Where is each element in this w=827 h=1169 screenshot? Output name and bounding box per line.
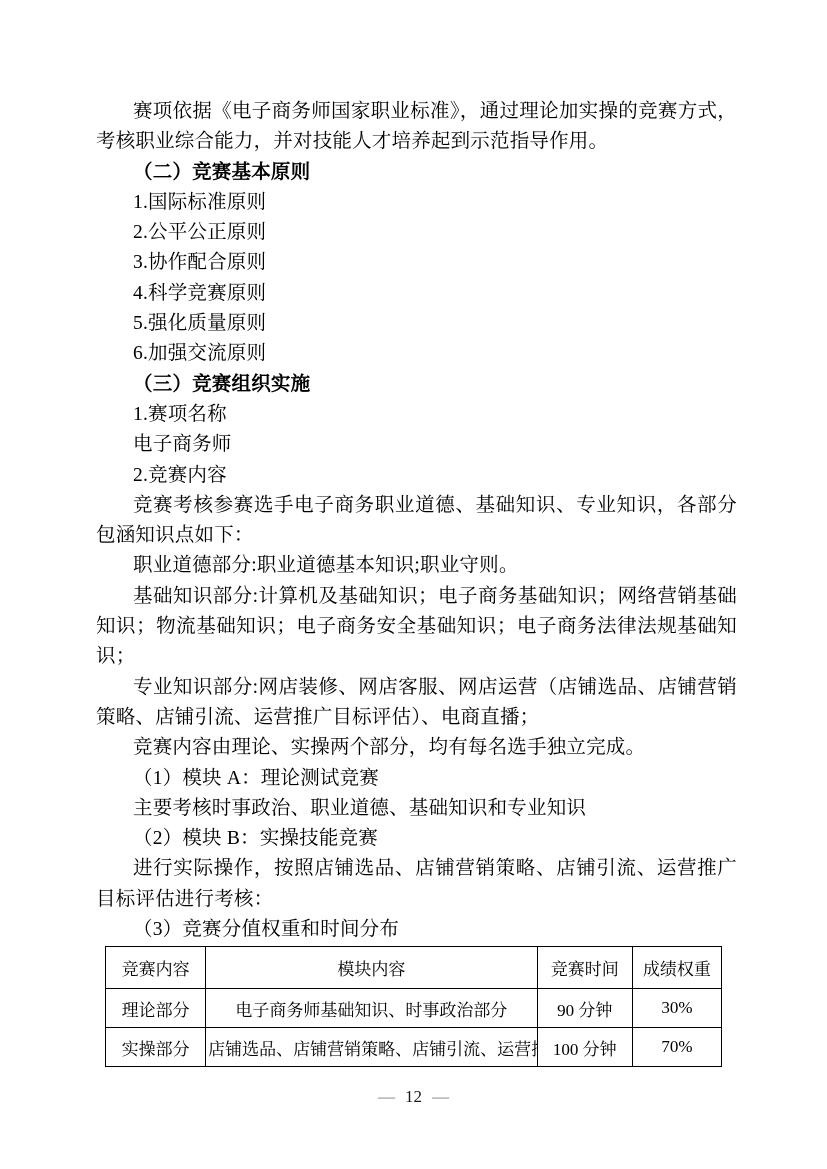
document-body: 赛项依据《电子商务师国家职业标准》，通过理论加实操的竞赛方式，考核职业综合能力，…: [96, 97, 737, 945]
table-cell: 100 分钟: [537, 1028, 632, 1067]
table-row: 实操部分店铺选品、店铺营销策略、店铺引流、运营推广100 分钟70%: [106, 1028, 722, 1067]
text-line: 1.国际标准原则: [96, 188, 737, 218]
section-heading: （三）竞赛组织实施: [96, 370, 737, 400]
text-line: 2.竞赛内容: [96, 461, 737, 491]
text-line: 专业知识部分:网店装修、网店客服、网店运营（店铺选品、店铺营销: [96, 673, 737, 703]
table-cell: 理论部分: [106, 989, 206, 1028]
table-cell: 70%: [632, 1028, 721, 1067]
text-line: 6.加强交流原则: [96, 339, 737, 369]
footer-dash-right: —: [432, 1087, 449, 1106]
table-header-cell: 成绩权重: [632, 947, 721, 989]
text-line: （1）模块 A：理论测试竞赛: [96, 764, 737, 794]
text-line: 竞赛考核参赛选手电子商务职业道德、基础知识、专业知识，各部分: [96, 491, 737, 521]
table-header-cell: 竞赛内容: [106, 947, 206, 989]
footer-dash-left: —: [378, 1087, 395, 1106]
text-line: 基础知识部分:计算机及基础知识；电子商务基础知识；网络营销基础: [96, 582, 737, 612]
document-page: 赛项依据《电子商务师国家职业标准》，通过理论加实操的竞赛方式，考核职业综合能力，…: [0, 0, 827, 1169]
table-header-row: 竞赛内容模块内容竞赛时间成绩权重: [106, 947, 722, 989]
table-cell: 30%: [632, 989, 721, 1028]
text-line: 5.强化质量原则: [96, 309, 737, 339]
table-header-cell: 模块内容: [206, 947, 538, 989]
footer-page-number: 12: [405, 1087, 422, 1106]
table-cell: 90 分钟: [537, 989, 632, 1028]
text-line: （2）模块 B：实操技能竞赛: [96, 824, 737, 854]
text-line: 策略、店铺引流、运营推广目标评估）、电商直播；: [96, 703, 737, 733]
text-line: 进行实际操作，按照店铺选品、店铺营销策略、店铺引流、运营推广: [96, 854, 737, 884]
table-cell: 实操部分: [106, 1028, 206, 1067]
page-footer: —12—: [0, 1086, 827, 1108]
text-line: 知识；物流基础知识；电子商务安全基础知识；电子商务法律法规基础知: [96, 612, 737, 642]
table-cell: 店铺选品、店铺营销策略、店铺引流、运营推广: [206, 1028, 538, 1067]
text-line: 职业道德部分:职业道德基本知识;职业守则。: [96, 551, 737, 581]
text-line: （3）竞赛分值权重和时间分布: [96, 915, 737, 945]
text-line: 4.科学竞赛原则: [96, 279, 737, 309]
text-line: 识；: [96, 642, 737, 672]
text-line: 主要考核时事政治、职业道德、基础知识和专业知识: [96, 794, 737, 824]
text-line: 电子商务师: [96, 430, 737, 460]
text-line: 2.公平公正原则: [96, 218, 737, 248]
text-line: 竞赛内容由理论、实操两个部分，均有每名选手独立完成。: [96, 733, 737, 763]
table-header-cell: 竞赛时间: [537, 947, 632, 989]
section-heading: （二）竞赛基本原则: [96, 158, 737, 188]
text-line: 目标评估进行考核：: [96, 885, 737, 915]
text-line: 考核职业综合能力，并对技能人才培养起到示范指导作用。: [96, 127, 737, 157]
score-weight-table: 竞赛内容模块内容竞赛时间成绩权重 理论部分电子商务师基础知识、时事政治部分90 …: [105, 946, 722, 1067]
table-row: 理论部分电子商务师基础知识、时事政治部分90 分钟30%: [106, 989, 722, 1028]
text-line: 包涵知识点如下：: [96, 521, 737, 551]
text-line: 赛项依据《电子商务师国家职业标准》，通过理论加实操的竞赛方式，: [96, 97, 737, 127]
table-cell: 电子商务师基础知识、时事政治部分: [206, 989, 538, 1028]
text-line: 3.协作配合原则: [96, 248, 737, 278]
text-line: 1.赛项名称: [96, 400, 737, 430]
